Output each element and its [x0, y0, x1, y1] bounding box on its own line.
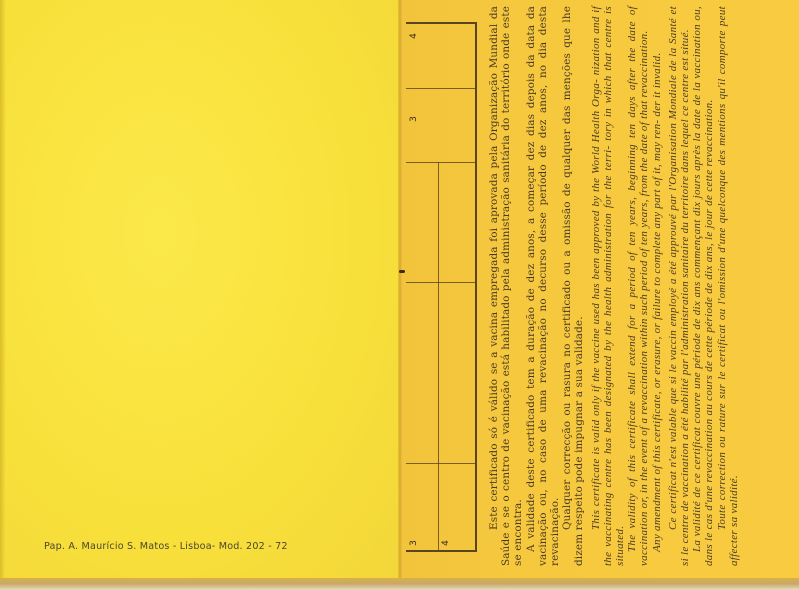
table-divider: [406, 162, 476, 163]
portuguese-section: Este certificado só é válido se a vacina…: [488, 6, 586, 566]
cell-label: 4: [409, 33, 419, 39]
printer-imprint: Pap. A. Maurício S. Matos - Lisboa- Mod.…: [44, 541, 288, 552]
french-section: Ce certificat n'est valable que si le va…: [667, 6, 740, 566]
fr-paragraph-2: La validité de ce certificat couvre une …: [691, 6, 715, 566]
table-border-right: [475, 22, 477, 552]
en-paragraph-2: The validity of this certificate shall e…: [626, 6, 650, 566]
pt-paragraph-2: A validade deste certificado tem a duraç…: [525, 6, 562, 566]
staple-mark: [399, 270, 405, 273]
table-rule-bottom: [406, 550, 476, 552]
table-column-divider: [438, 162, 439, 552]
en-paragraph-1: This certificate is valid only if the va…: [590, 6, 627, 566]
table-rule-top: [406, 22, 476, 24]
english-section: This certificate is valid only if the va…: [590, 6, 663, 566]
booklet-spine: [398, 0, 402, 580]
fr-paragraph-3: Toute correction ou rature sur le certif…: [716, 6, 740, 566]
vaccination-table: 4 3 3 4: [406, 22, 476, 552]
pt-paragraph-3: Qualquer correcção ou rasura no certific…: [561, 6, 585, 566]
cell-label: 3: [409, 116, 419, 122]
table-divider: [406, 463, 476, 464]
rotated-text-block: Este certificado só é válido se a vacina…: [488, 6, 740, 566]
table-divider: [406, 282, 476, 283]
table-divider: [406, 88, 476, 89]
page-edge-shadow: [0, 0, 6, 580]
page-bottom-edge: [0, 578, 799, 590]
cell-label: 4: [441, 540, 451, 546]
fr-paragraph-1: Ce certificat n'est valable que si le va…: [667, 6, 691, 566]
validity-notice: Este certificado só é válido se a vacina…: [488, 6, 788, 566]
en-paragraph-3: Any amendment of this certificate, or er…: [651, 6, 663, 566]
left-page: Pap. A. Maurício S. Matos - Lisboa- Mod.…: [0, 0, 400, 580]
pt-paragraph-1: Este certificado só é válido se a vacina…: [488, 6, 525, 566]
cell-label: 3: [409, 540, 419, 546]
